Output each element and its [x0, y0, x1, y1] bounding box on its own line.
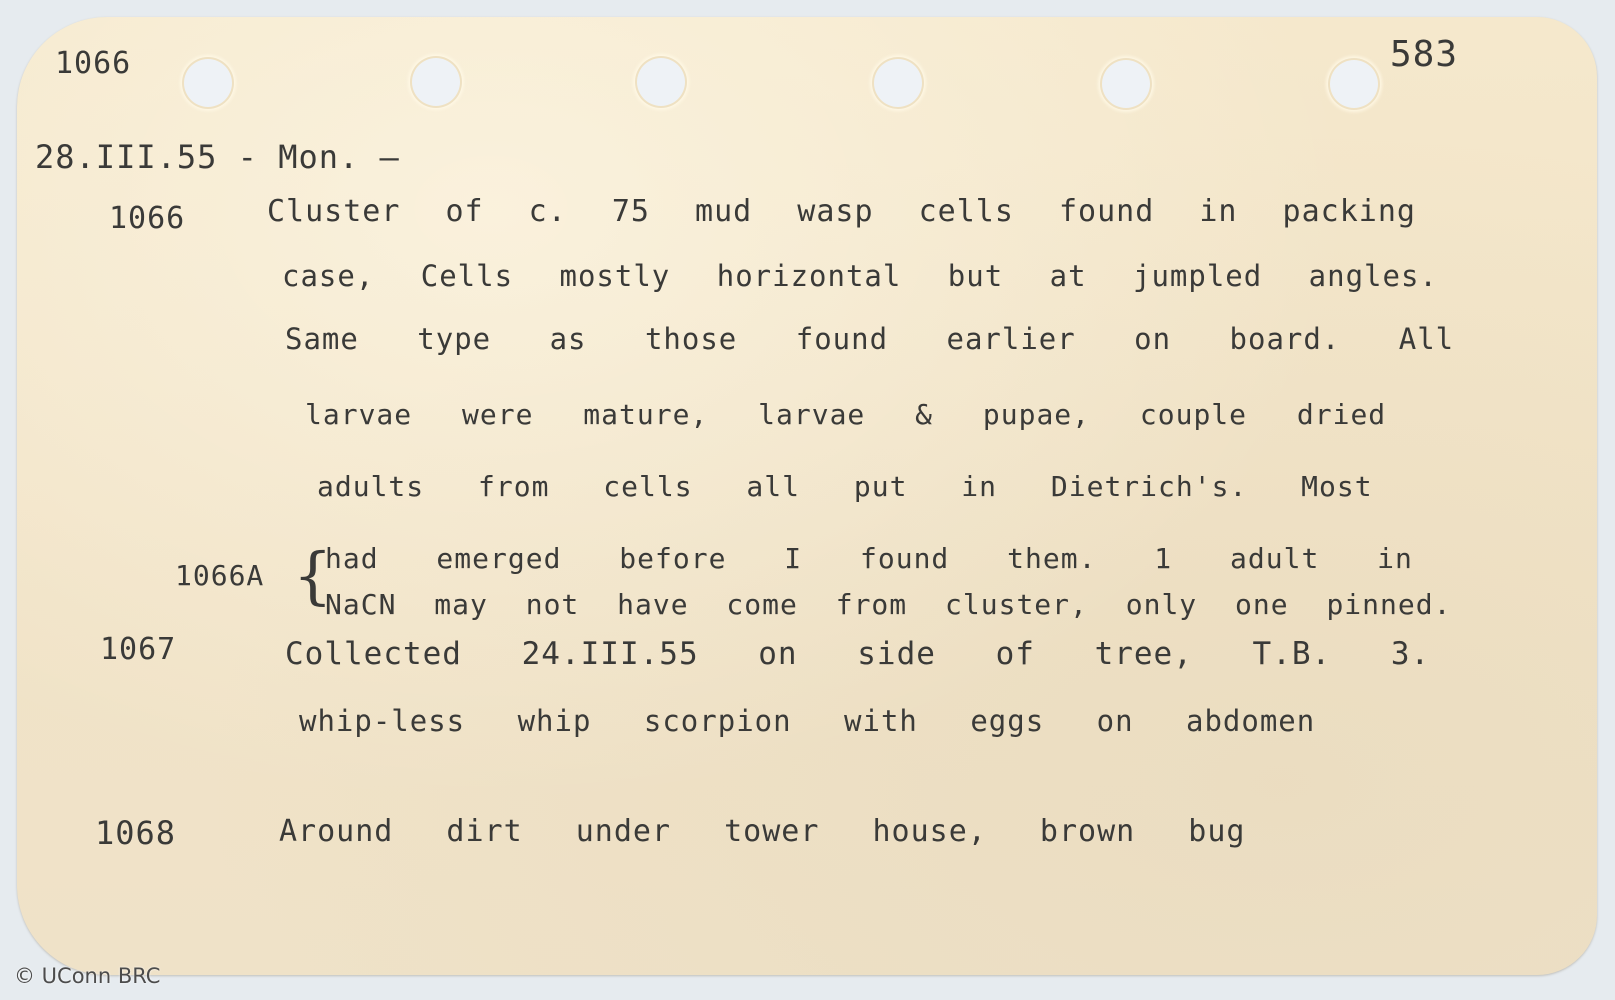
- corner-label-left: 1066: [55, 49, 131, 79]
- punch-hole: [635, 56, 687, 108]
- entry-number: 1067: [100, 635, 176, 665]
- entry-number: 1066A: [175, 562, 264, 590]
- punch-hole: [1328, 58, 1380, 110]
- entry-line: NaCN may not have come from cluster, onl…: [325, 591, 1451, 619]
- punch-hole: [182, 57, 234, 109]
- entry-line: Collected 24.III.55 on side of tree, T.B…: [285, 639, 1430, 670]
- entry-number: 1068: [95, 817, 176, 849]
- entry-line: Same type as those found earlier on boar…: [285, 325, 1454, 354]
- punch-hole: [410, 56, 462, 108]
- corner-label-right: 583: [1390, 37, 1458, 73]
- entry-line: Around dirt under tower house, brown bug: [279, 817, 1245, 847]
- specimen-note-card: 1066 583 28.III.55 - Mon. — 1066 Cluster…: [17, 17, 1597, 975]
- entry-number: 1066: [109, 204, 185, 234]
- entry-line: case, Cells mostly horizontal but at jum…: [282, 262, 1438, 291]
- entry-line: larvae were mature, larvae & pupae, coup…: [305, 401, 1386, 429]
- entry-line: whip-less whip scorpion with eggs on abd…: [299, 707, 1315, 736]
- entry-line: adults from cells all put in Dietrich's.…: [317, 473, 1373, 501]
- entry-line: had emerged before I found them. 1 adult…: [325, 545, 1413, 573]
- punch-hole: [872, 57, 924, 109]
- entry-line: Cluster of c. 75 mud wasp cells found in…: [267, 197, 1416, 227]
- punch-hole: [1100, 58, 1152, 110]
- date-line: 28.III.55 - Mon. —: [35, 141, 400, 173]
- copyright-watermark: © UConn BRC: [14, 964, 160, 988]
